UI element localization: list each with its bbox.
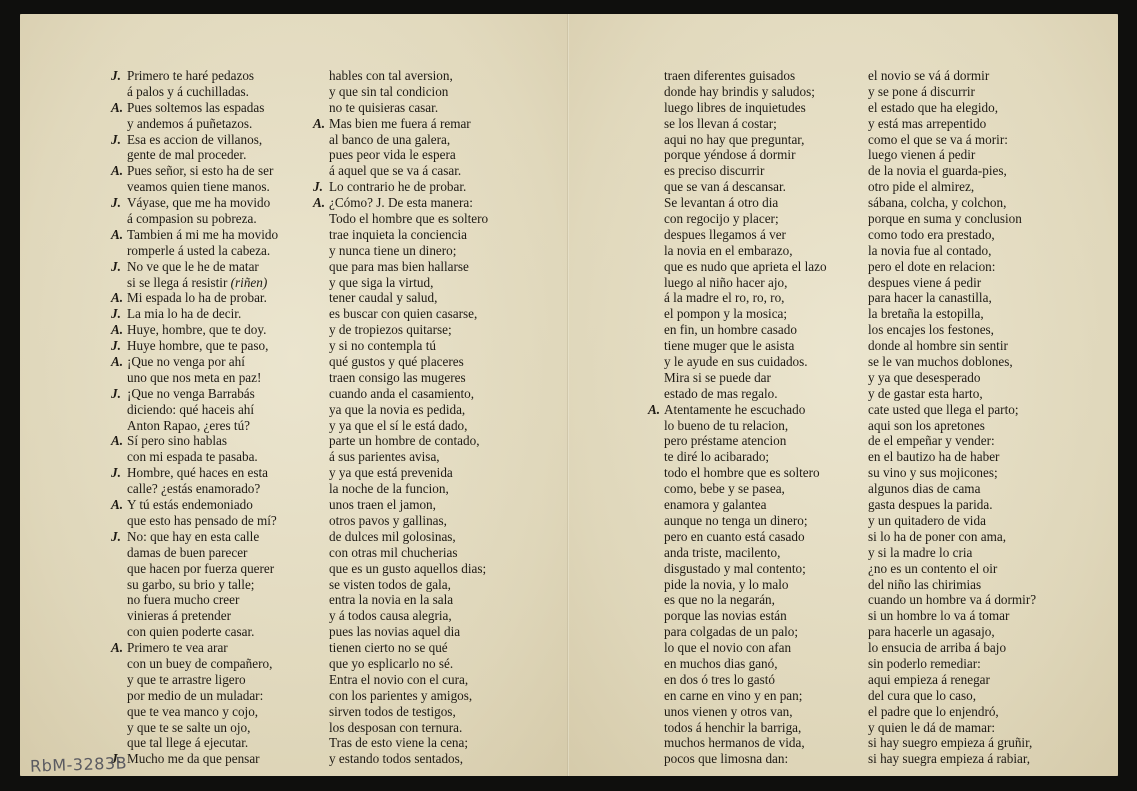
verse-line: A.¿Cómo? J. De esta manera: [313,195,488,211]
verse-text: en el bautizo ha de haber [868,449,999,464]
verse-text: que tal llege á ejecutar. [127,735,248,750]
verse-text: cuando anda el casamiento, [329,386,474,401]
verse-line: tiene muger que le asista [648,338,827,354]
verse-line: todos á henchir la barriga, [648,720,827,736]
verse-line: J.No: que hay en esta calle [111,529,278,545]
verse-line: traen consigo las mugeres [313,370,488,386]
verse-text: aqui empieza á renegar [868,672,990,687]
verse-line: A.Tambien á mi me ha movido [111,227,278,243]
verse-line: cuando un hombre va á dormir? [852,592,1036,608]
speaker-label: J. [111,529,127,545]
verse-text: la bretaña la estopilla, [868,306,984,321]
verse-line: no fuera mucho creer [111,592,278,608]
verse-text: que para mas bien hallarse [329,259,469,274]
verse-line: y ya que el sí le está dado, [313,418,488,434]
verse-line: ¿no es un contento el oir [852,561,1036,577]
verse-line: sin poderlo remediar: [852,656,1036,672]
verse-line: el novio se vá á dormir [852,68,1036,84]
verse-line: la novia fue al contado, [852,243,1036,259]
verse-line: diciendo: qué haceis ahí [111,402,278,418]
verse-text: y que te arrastre ligero [127,672,246,687]
verse-text: damas de buen parecer [127,545,247,560]
verse-text: Entra el novio con el cura, [329,672,468,687]
verse-text: cate usted que llega el parto; [868,402,1019,417]
verse-line: que esto has pensado de mí? [111,513,278,529]
verse-text: tienen cierto no se qué [329,640,448,655]
verse-line: qué gustos y qué placeres [313,354,488,370]
verse-line: con quien poderte casar. [111,624,278,640]
verse-text: con mi espada te pasaba. [127,449,258,464]
verse-line: J.Primero te haré pedazos [111,68,278,84]
verse-line: lo ensucia de arriba á bajo [852,640,1036,656]
text-column-4: el novio se vá á dormiry se pone á discu… [852,68,1036,767]
verse-text: la novia en el embarazo, [664,243,793,258]
verse-line: Se levantan á otro dia [648,195,827,211]
verse-line: parte un hombre de contado, [313,433,488,449]
verse-line: á palos y á cuchilladas. [111,84,278,100]
verse-text: porque en suma y conclusion [868,211,1022,226]
verse-line: disgustado y mal contento; [648,561,827,577]
verse-text: todo el hombre que es soltero [664,465,820,480]
verse-text: Tambien á mi me ha movido [127,227,278,242]
verse-line: pocos que limosna dan: [648,751,827,767]
verse-text: se los llevan á costar; [664,116,777,131]
verse-text: Y tú estás endemoniado [127,497,253,512]
verse-text: hables con tal aversion, [329,68,453,83]
verse-line: porque las novias están [648,608,827,624]
verse-line: y andemos á puñetazos. [111,116,278,132]
verse-line: Entra el novio con el cura, [313,672,488,688]
verse-text: la noche de la funcion, [329,481,449,496]
verse-text: traen consigo las mugeres [329,370,466,385]
verse-text: porque las novias están [664,608,787,623]
verse-line: algunos dias de cama [852,481,1036,497]
verse-text: tener caudal y salud, [329,290,437,305]
verse-line: como, bebe y se pasea, [648,481,827,497]
verse-line: y le ayude en sus cuidados. [648,354,827,370]
verse-text: los encajes los festones, [868,322,994,337]
verse-line: los encajes los festones, [852,322,1036,338]
verse-line: Mira si se puede dar [648,370,827,386]
speaker-label: A. [111,640,127,656]
verse-text: á compasion su pobreza. [127,211,257,226]
verse-text: despues llegamos á ver [664,227,786,242]
verse-line: donde hay brindis y saludos; [648,84,827,100]
verse-text: pero en cuanto está casado [664,529,805,544]
verse-text: sin poderlo remediar: [868,656,981,671]
verse-line: su vino y sus mojicones; [852,465,1036,481]
verse-text: Mucho me da que pensar [127,751,260,766]
verse-line: aqui no hay que preguntar, [648,132,827,148]
verse-line: A.Atentamente he escuchado [648,402,827,418]
verse-text: pocos que limosna dan: [664,751,788,766]
verse-line: pues las novias aquel dia [313,624,488,640]
verse-line: en muchos dias ganó, [648,656,827,672]
verse-text: algunos dias de cama [868,481,980,496]
verse-text: gente de mal proceder. [127,147,246,162]
verse-text: todos á henchir la barriga, [664,720,801,735]
verse-line: si hay suegra empieza á rabiar, [852,751,1036,767]
verse-text: si hay suegro empieza á gruñir, [868,735,1032,750]
verse-line: J.Esa es accion de villanos, [111,132,278,148]
verse-text: unos traen el jamon, [329,497,436,512]
verse-line: todo el hombre que es soltero [648,465,827,481]
verse-line: y quien le dá de mamar: [852,720,1036,736]
verse-line: unos vienen y otros van, [648,704,827,720]
verse-line: de dulces mil golosinas, [313,529,488,545]
verse-line: enamora y galantea [648,497,827,513]
stage-direction: (riñen) [231,275,268,290]
speaker-label: J. [111,386,127,402]
verse-text: en dos ó tres lo gastó [664,672,775,687]
verse-line: veamos quien tiene manos. [111,179,278,195]
verse-line: vinieras á pretender [111,608,278,624]
verse-line: con mi espada te pasaba. [111,449,278,465]
verse-line: J.Huye hombre, que te paso, [111,338,278,354]
verse-line: Tras de esto viene la cena; [313,735,488,751]
verse-text: es preciso discurrir [664,163,764,178]
verse-text: á palos y á cuchilladas. [127,84,249,99]
verse-line: despues llegamos á ver [648,227,827,243]
verse-line: del niño las chirimias [852,577,1036,593]
verse-line: y de gastar esta harto, [852,386,1036,402]
verse-line: y se pone á discurrir [852,84,1036,100]
verse-line: trae inquieta la conciencia [313,227,488,243]
verse-text: sábana, colcha, y colchon, [868,195,1006,210]
verse-text: y le ayude en sus cuidados. [664,354,808,369]
verse-text: no te quisieras casar. [329,100,438,115]
speaker-label: A. [313,195,329,211]
speaker-label: A. [648,402,664,418]
verse-text: y que te se salte un ojo, [127,720,250,735]
verse-text: Primero te vea arar [127,640,228,655]
verse-text: y ya que el sí le está dado, [329,418,467,433]
verse-text: Huye hombre, que te paso, [127,338,268,353]
verse-line: Anton Rapao, ¿eres tú? [111,418,278,434]
speaker-label: A. [111,497,127,513]
verse-text: entra la novia en la sala [329,592,453,607]
verse-text: enamora y galantea [664,497,767,512]
verse-line: para hacer la canastilla, [852,290,1036,306]
verse-text: y si la madre lo cria [868,545,972,560]
verse-line: á aquel que se va á casar. [313,163,488,179]
verse-text: unos vienen y otros van, [664,704,793,719]
verse-text: por medio de un muladar: [127,688,263,703]
verse-line: aqui empieza á renegar [852,672,1036,688]
verse-text: y de gastar esta harto, [868,386,983,401]
verse-line: luego libres de inquietudes [648,100,827,116]
verse-text: y que siga la virtud, [329,275,433,290]
verse-text: que se van á descansar. [664,179,786,194]
verse-line: y ya que está prevenida [313,465,488,481]
verse-text: como todo era prestado, [868,227,995,242]
verse-text: romperle á usted la cabeza. [127,243,270,258]
verse-text: en fin, un hombre casado [664,322,797,337]
verse-line: el pompon y la mosica; [648,306,827,322]
verse-line: se le van muchos doblones, [852,354,1036,370]
verse-line: con otras mil chucherias [313,545,488,561]
verse-line: J.Váyase, que me ha movido [111,195,278,211]
verse-line: y que te se salte un ojo, [111,720,278,736]
verse-text: porque yéndose á dormir [664,147,795,162]
verse-line: luego al niño hacer ajo, [648,275,827,291]
verse-line: otros pavos y gallinas, [313,513,488,529]
verse-line: la noche de la funcion, [313,481,488,497]
verse-line: pero el dote en relacion: [852,259,1036,275]
verse-text: para colgadas de un palo; [664,624,798,639]
verse-text: donde hay brindis y saludos; [664,84,815,99]
verse-text: Pues señor, si esto ha de ser [127,163,273,178]
speaker-label: A. [111,354,127,370]
verse-text: donde al hombre sin sentir [868,338,1008,353]
verse-text: es que no la negarán, [664,592,775,607]
verse-text: Mas bien me fuera á remar [329,116,471,131]
verse-line: su garbo, su brio y talle; [111,577,278,593]
verse-text: se visten todos de gala, [329,577,451,592]
verse-text: muchos hermanos de vida, [664,735,805,750]
verse-line: hables con tal aversion, [313,68,488,84]
verse-text: pero el dote en relacion: [868,259,995,274]
verse-text: con quien poderte casar. [127,624,254,639]
verse-text: que hacen por fuerza querer [127,561,274,576]
verse-text: y un quitadero de vida [868,513,986,528]
verse-line: y que sin tal condicion [313,84,488,100]
verse-text: Pues soltemos las espadas [127,100,264,115]
verse-line: por medio de un muladar: [111,688,278,704]
verse-line: al banco de una galera, [313,132,488,148]
verse-text: luego libres de inquietudes [664,100,806,115]
verse-text: la novia fue al contado, [868,243,991,258]
verse-text: Anton Rapao, ¿eres tú? [127,418,250,433]
verse-line: pero en cuanto está casado [648,529,827,545]
verse-text: Huye, hombre, que te doy. [127,322,266,337]
speaker-label: J. [111,465,127,481]
verse-line: gasta despues la parida. [852,497,1036,513]
verse-text: de la novia el guarda-pies, [868,163,1007,178]
verse-text: que te vea manco y cojo, [127,704,258,719]
verse-text: veamos quien tiene manos. [127,179,270,194]
verse-text: aqui son los apretones [868,418,985,433]
verse-line: unos traen el jamon, [313,497,488,513]
verse-text: y ya que está prevenida [329,465,453,480]
verse-text: vinieras á pretender [127,608,231,623]
verse-text: pues peor vida le espera [329,147,456,162]
verse-text: es buscar con quien casarse, [329,306,477,321]
verse-line: los desposan con ternura. [313,720,488,736]
verse-line: y nunca tiene un dinero; [313,243,488,259]
verse-text: del niño las chirimias [868,577,981,592]
verse-line: damas de buen parecer [111,545,278,561]
verse-line: y ya que desesperado [852,370,1036,386]
verse-text: y quien le dá de mamar: [868,720,995,735]
verse-text: á aquel que se va á casar. [329,163,461,178]
verse-line: se los llevan á costar; [648,116,827,132]
verse-line: á sus parientes avisa, [313,449,488,465]
verse-text: otros pavos y gallinas, [329,513,447,528]
verse-line: en carne en vino y en pan; [648,688,827,704]
verse-line: J.Mucho me da que pensar [111,751,278,767]
verse-text: Mi espada lo ha de probar. [127,290,267,305]
verse-text: otro pide el almirez, [868,179,974,194]
verse-line: estado de mas regalo. [648,386,827,402]
verse-line: luego vienen á pedir [852,147,1036,163]
verse-line: y de tropiezos quitarse; [313,322,488,338]
verse-text: y se pone á discurrir [868,84,975,99]
verse-line: cuando anda el casamiento, [313,386,488,402]
verse-line: que para mas bien hallarse [313,259,488,275]
verse-text: el novio se vá á dormir [868,68,989,83]
verse-line: á compasion su pobreza. [111,211,278,227]
verse-line: pide la novia, y lo malo [648,577,827,593]
text-column-2: hables con tal aversion,y que sin tal co… [313,68,488,767]
speaker-label: A. [111,433,127,449]
verse-text: diciendo: qué haceis ahí [127,402,254,417]
verse-text: y nunca tiene un dinero; [329,243,456,258]
verse-line: pero préstame atencion [648,433,827,449]
speaker-label: J. [111,259,127,275]
verse-text: aqui no hay que preguntar, [664,132,804,147]
speaker-label: J. [111,306,127,322]
verse-line: sábana, colcha, y colchon, [852,195,1036,211]
verse-line: ya que la novia es pedida, [313,402,488,418]
speaker-label: A. [111,227,127,243]
speaker-label: A. [111,322,127,338]
verse-line: la bretaña la estopilla, [852,306,1036,322]
verse-line: y que siga la virtud, [313,275,488,291]
verse-line: despues viene á pedir [852,275,1036,291]
verse-line: es que no la negarán, [648,592,827,608]
verse-text: lo bueno de tu relacion, [664,418,788,433]
speaker-label: J. [111,68,127,84]
verse-line: en fin, un hombre casado [648,322,827,338]
verse-text: con un buey de compañero, [127,656,272,671]
verse-line: aqui son los apretones [852,418,1036,434]
verse-line: el padre que lo enjendró, [852,704,1036,720]
verse-line: A.Sí pero sino hablas [111,433,278,449]
verse-text: uno que nos meta en paz! [127,370,261,385]
verse-text: que es nudo que aprieta el lazo [664,259,827,274]
verse-text: los desposan con ternura. [329,720,462,735]
verse-line: si se llega á resistir (riñen) [111,275,278,291]
verse-text: á la madre el ro, ro, ro, [664,290,784,305]
verse-line: como el que se va á morir: [852,132,1036,148]
verse-text: tiene muger que le asista [664,338,794,353]
verse-line: y á todos causa alegria, [313,608,488,624]
verse-line: A.Primero te vea arar [111,640,278,656]
verse-line: que se van á descansar. [648,179,827,195]
verse-text: el pompon y la mosica; [664,306,787,321]
verse-text: y ya que desesperado [868,370,980,385]
verse-text: Sí pero sino hablas [127,433,227,448]
verse-text: ¿no es un contento el oir [868,561,997,576]
verse-line: si hay suegro empieza á gruñir, [852,735,1036,751]
verse-text: para hacerle un agasajo, [868,624,995,639]
verse-text: ¡Que no venga por ahí [127,354,245,369]
verse-line: A.Pues señor, si esto ha de ser [111,163,278,179]
verse-line: que tal llege á ejecutar. [111,735,278,751]
verse-line: gente de mal proceder. [111,147,278,163]
verse-text: La mia lo ha de decir. [127,306,241,321]
verse-text: Todo el hombre que es soltero [329,211,488,226]
verse-text: despues viene á pedir [868,275,981,290]
verse-line: A.Pues soltemos las espadas [111,100,278,116]
verse-text: su vino y sus mojicones; [868,465,998,480]
verse-text: si se llega á resistir [127,275,227,290]
verse-text: y andemos á puñetazos. [127,116,252,131]
verse-text: y estando todos sentados, [329,751,463,766]
verse-text: lo ensucia de arriba á bajo [868,640,1006,655]
verse-text: como, bebe y se pasea, [664,481,785,496]
verse-text: ¿Cómo? J. De esta manera: [329,195,473,210]
verse-text: que es un gusto aquellos dias; [329,561,486,576]
verse-text: gasta despues la parida. [868,497,993,512]
verse-text: luego al niño hacer ajo, [664,275,787,290]
verse-text: Hombre, qué haces en esta [127,465,268,480]
verse-line: anda triste, macilento, [648,545,827,561]
verse-line: y estando todos sentados, [313,751,488,767]
verse-line: se visten todos de gala, [313,577,488,593]
verse-line: A.Mas bien me fuera á remar [313,116,488,132]
verse-text: y está mas arrepentido [868,116,986,131]
verse-text: del cura que lo caso, [868,688,976,703]
verse-text: cuando un hombre va á dormir? [868,592,1036,607]
catalog-stamp: RbM-3283B [30,753,128,775]
verse-line: y si la madre lo cria [852,545,1036,561]
verse-text: si un hombre lo va á tomar [868,608,1009,623]
verse-line: de la novia el guarda-pies, [852,163,1036,179]
verse-line: otro pide el almirez, [852,179,1036,195]
speaker-label: J. [111,195,127,211]
verse-text: con otras mil chucherias [329,545,458,560]
verse-line: J.¡Que no venga Barrabás [111,386,278,402]
verse-text: no fuera mucho creer [127,592,239,607]
verse-text: y que sin tal condicion [329,84,448,99]
verse-text: su garbo, su brio y talle; [127,577,254,592]
verse-line: J.La mia lo ha de decir. [111,306,278,322]
verse-line: lo bueno de tu relacion, [648,418,827,434]
verse-text: pero préstame atencion [664,433,786,448]
verse-line: del cura que lo caso, [852,688,1036,704]
verse-line: y si no contempla tú [313,338,488,354]
verse-text: con los parientes y amigos, [329,688,472,703]
verse-line: es preciso discurrir [648,163,827,179]
verse-line: lo que el novio con afan [648,640,827,656]
verse-text: ¡Que no venga Barrabás [127,386,255,401]
verse-text: si lo ha de poner con ama, [868,529,1006,544]
verse-text: pues las novias aquel dia [329,624,460,639]
center-fold [567,14,569,776]
speaker-label: J. [111,338,127,354]
verse-text: de el empeñar y vender: [868,433,995,448]
verse-text: lo que el novio con afan [664,640,791,655]
verse-line: entra la novia en la sala [313,592,488,608]
verse-text: traen diferentes guisados [664,68,795,83]
speaker-label: A. [111,163,127,179]
verse-text: como el que se va á morir: [868,132,1008,147]
verse-line: con los parientes y amigos, [313,688,488,704]
speaker-label: A. [111,100,127,116]
verse-line: que te vea manco y cojo, [111,704,278,720]
verse-line: á la madre el ro, ro, ro, [648,290,827,306]
verse-line: el estado que ha elegido, [852,100,1036,116]
verse-line: cate usted que llega el parto; [852,402,1036,418]
verse-line: aunque no tenga un dinero; [648,513,827,529]
verse-text: al banco de una galera, [329,132,450,147]
verse-line: tienen cierto no se qué [313,640,488,656]
verse-line: traen diferentes guisados [648,68,827,84]
verse-text: trae inquieta la conciencia [329,227,467,242]
verse-text: y de tropiezos quitarse; [329,322,452,337]
